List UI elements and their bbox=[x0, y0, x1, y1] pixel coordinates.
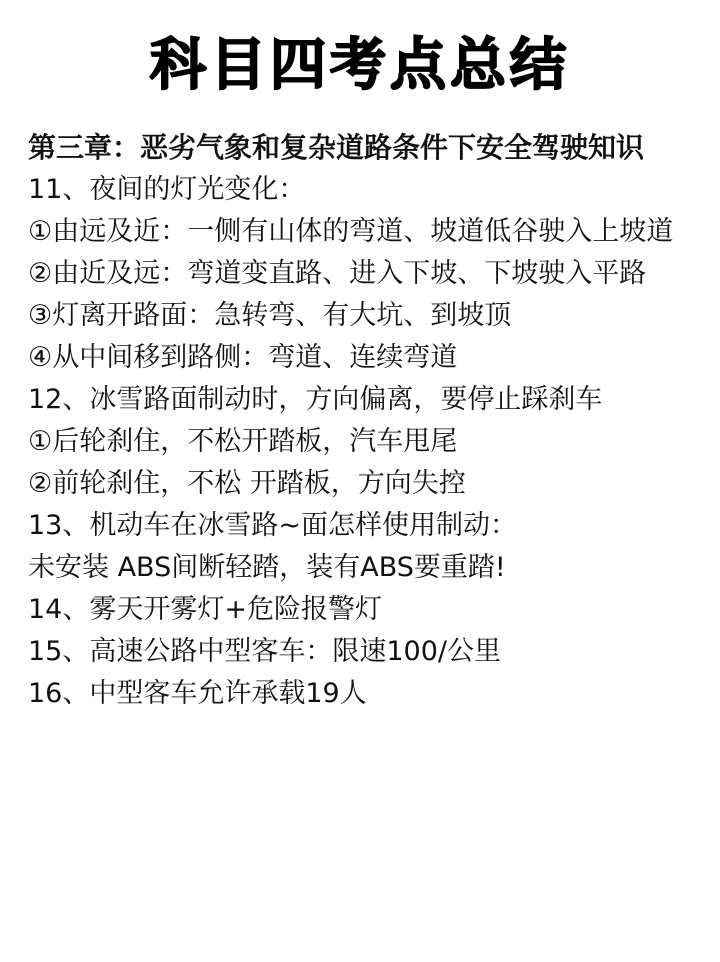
point-11-heading: 11、夜间的灯光变化： bbox=[28, 169, 692, 211]
page-title: 科目四考点总结 bbox=[0, 28, 720, 104]
point-13-heading: 13、机动车在冰雪路~面怎样使用制动： bbox=[28, 505, 692, 547]
point-11-item-4: ④从中间移到路侧：弯道、连续弯道 bbox=[28, 337, 692, 379]
point-12-item-1: ①后轮刹住，不松开踏板，汽车甩尾 bbox=[28, 421, 692, 463]
point-15: 15、高速公路中型客车：限速100/公里 bbox=[28, 631, 692, 673]
point-12-heading: 12、冰雪路面制动时，方向偏离，要停止踩刹车 bbox=[28, 379, 692, 421]
point-11-item-1: ①由远及近：一侧有山体的弯道、坡道低谷驶入上坡道 bbox=[28, 211, 692, 253]
point-16: 16、中型客车允许承载19人 bbox=[28, 673, 692, 715]
point-12-item-2: ②前轮刹住，不松 开踏板，方向失控 bbox=[28, 463, 692, 505]
chapter-heading: 第三章：恶劣气象和复杂道路条件下安全驾驶知识 bbox=[28, 127, 692, 169]
point-14: 14、雾天开雾灯+危险报警灯 bbox=[28, 589, 692, 631]
point-11-item-2: ②由近及远：弯道变直路、进入下坡、下坡驶入平路 bbox=[28, 253, 692, 295]
point-13-answer: 未安装 ABS间断轻踏，装有ABS要重踏! bbox=[28, 547, 692, 589]
notes-body: 第三章：恶劣气象和复杂道路条件下安全驾驶知识 11、夜间的灯光变化： ①由远及近… bbox=[28, 127, 692, 715]
point-11-item-3: ③灯离开路面：急转弯、有大坑、到坡顶 bbox=[28, 295, 692, 337]
